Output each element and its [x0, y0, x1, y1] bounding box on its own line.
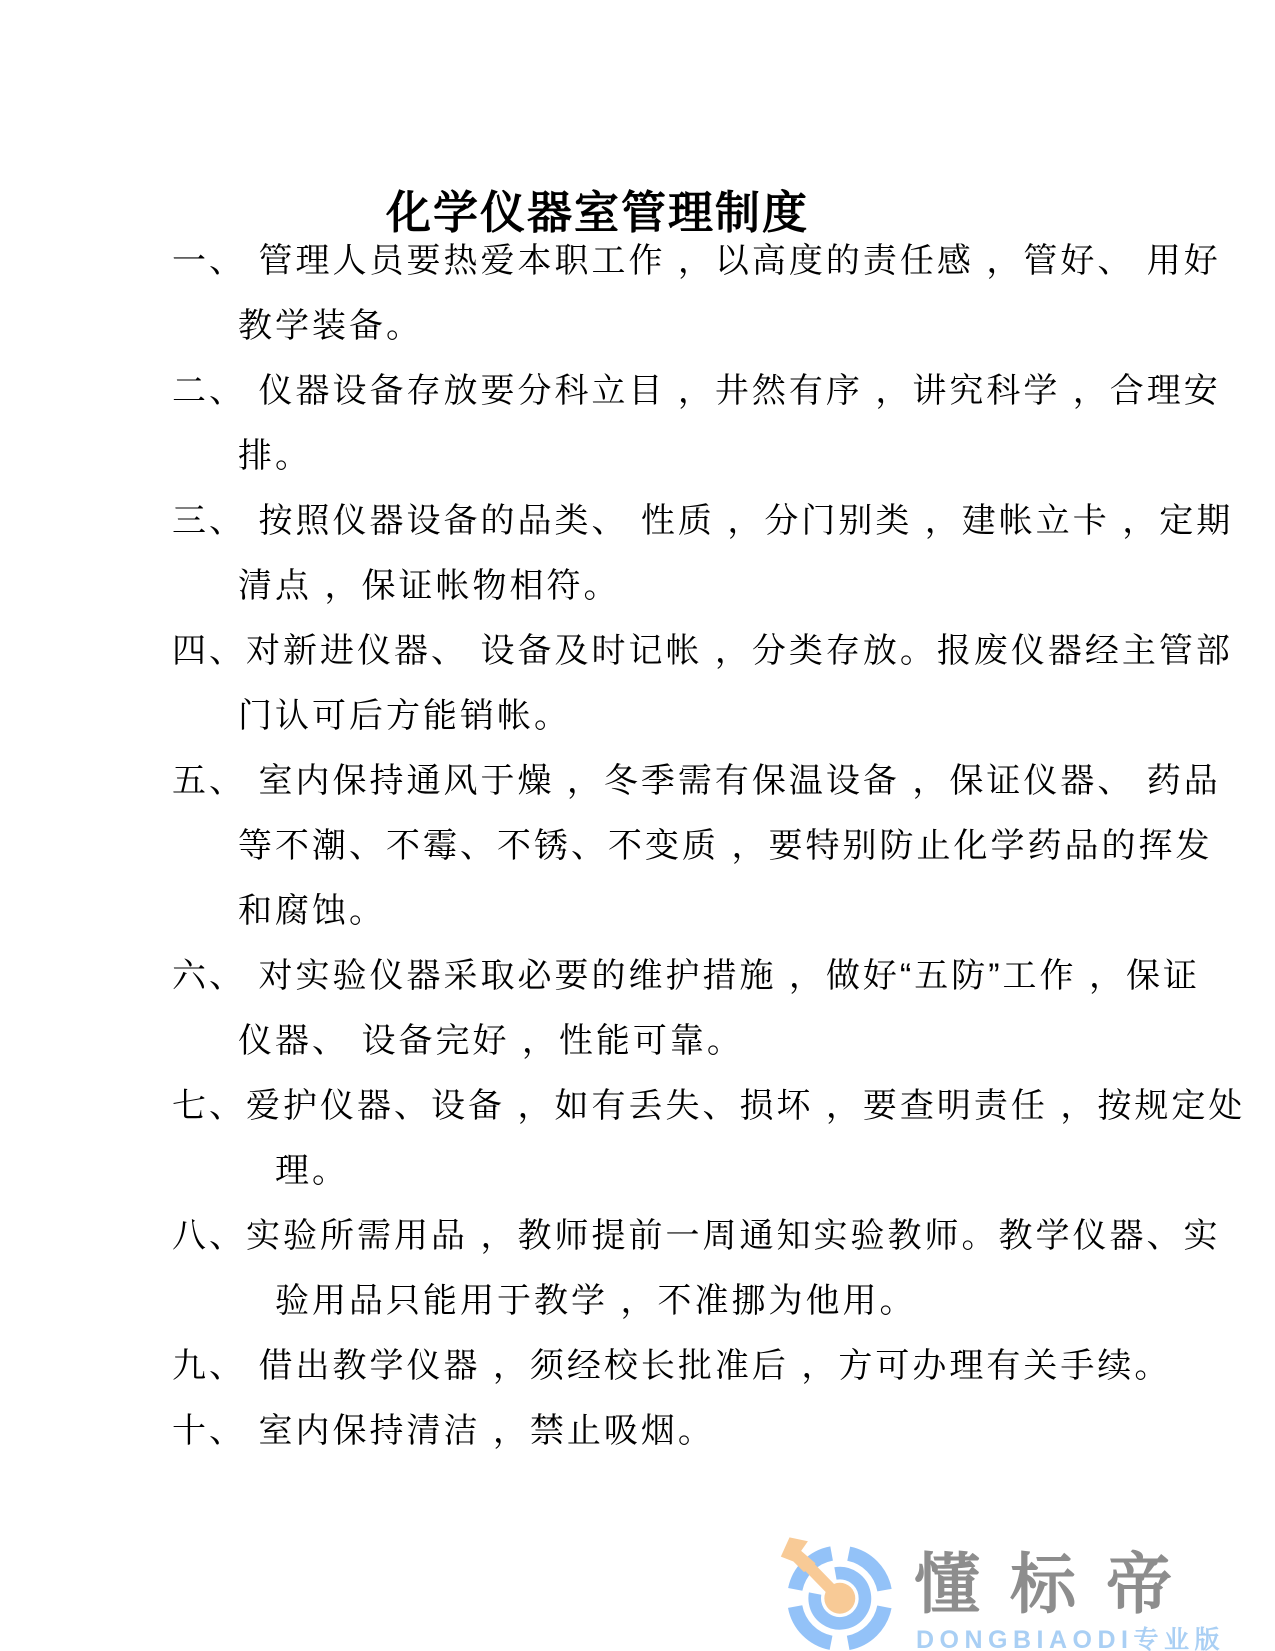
rules-list: 一、 管理人员要热爱本职工作 ，以高度的责任感 ，管好、 用好教学装备。二、 仪… [172, 229, 1132, 1464]
rule-item-3: 三、 按照仪器设备的品类、 性质 ，分门别类 ，建帐立卡 ，定期清点 ，保证帐物… [172, 489, 1132, 619]
rule-line-cont: 排。 [238, 424, 1132, 489]
rule-item-7: 七、爱护仪器、设备 ，如有丢失、损坏 ，要查明责任 ，按规定处 理。 [172, 1074, 1132, 1204]
rule-line-cont: 理。 [238, 1139, 1132, 1204]
rule-line-first: 十、 室内保持清洁 ，禁止吸烟。 [172, 1399, 1132, 1464]
rule-line-first: 八、实验所需用品 ，教师提前一周通知实验教师。教学仪器、实 [172, 1204, 1132, 1269]
rule-line-first: 七、爱护仪器、设备 ，如有丢失、损坏 ，要查明责任 ，按规定处 [172, 1074, 1132, 1139]
rule-line-cont: 和腐蚀。 [238, 879, 1132, 944]
document-page: 化学仪器室管理制度 一、 管理人员要热爱本职工作 ，以高度的责任感 ，管好、 用… [0, 0, 1275, 1651]
rule-line-first: 一、 管理人员要热爱本职工作 ，以高度的责任感 ，管好、 用好 [172, 229, 1132, 294]
rule-item-1: 一、 管理人员要热爱本职工作 ，以高度的责任感 ，管好、 用好教学装备。 [172, 229, 1132, 359]
rule-line-cont: 仪器、 设备完好 ，性能可靠。 [238, 1009, 1132, 1074]
rule-item-4: 四、对新进仪器、 设备及时记帐 ，分类存放。报废仪器经主管部门认可后方能销帐。 [172, 619, 1132, 749]
rule-line-first: 五、 室内保持通风于燥 ，冬季需有保温设备 ，保证仪器、 药品 [172, 749, 1132, 814]
watermark-subtitle-text: DONGBIAODI专业版 [916, 1620, 1225, 1651]
watermark-brand-text: 懂标帝 [914, 1548, 1202, 1620]
rule-item-5: 五、 室内保持通风于燥 ，冬季需有保温设备 ，保证仪器、 药品等不潮、不霉、不锈… [172, 749, 1132, 944]
rule-line-cont: 门认可后方能销帐。 [238, 684, 1132, 749]
rule-item-2: 二、 仪器设备存放要分科立目 ，井然有序 ，讲究科学 ，合理安排。 [172, 359, 1132, 489]
rule-item-8: 八、实验所需用品 ，教师提前一周通知实验教师。教学仪器、实 验用品只能用于教学 … [172, 1204, 1132, 1334]
target-dart-icon [776, 1530, 892, 1651]
rule-line-first: 二、 仪器设备存放要分科立目 ，井然有序 ，讲究科学 ，合理安 [172, 359, 1132, 424]
rule-line-cont: 清点 ，保证帐物相符。 [238, 554, 1132, 619]
watermark-logo: 懂标帝 DONGBIAODI专业版 [748, 1524, 1275, 1651]
rule-line-cont: 验用品只能用于教学 ，不准挪为他用。 [238, 1269, 1132, 1334]
rule-item-6: 六、 对实验仪器采取必要的维护措施 ，做好“五防”工作 ，保证仪器、 设备完好 … [172, 944, 1132, 1074]
rule-line-cont: 等不潮、不霉、不锈、不变质 ，要特别防止化学药品的挥发 [238, 814, 1132, 879]
rule-line-first: 四、对新进仪器、 设备及时记帐 ，分类存放。报废仪器经主管部 [172, 619, 1132, 684]
rule-line-first: 三、 按照仪器设备的品类、 性质 ，分门别类 ，建帐立卡 ，定期 [172, 489, 1132, 554]
rule-line-first: 九、 借出教学仪器 ，须经校长批准后 ，方可办理有关手续。 [172, 1334, 1132, 1399]
rule-line-cont: 教学装备。 [238, 294, 1132, 359]
rule-item-10: 十、 室内保持清洁 ，禁止吸烟。 [172, 1399, 1132, 1464]
rule-item-9: 九、 借出教学仪器 ，须经校长批准后 ，方可办理有关手续。 [172, 1334, 1132, 1399]
rule-line-first: 六、 对实验仪器采取必要的维护措施 ，做好“五防”工作 ，保证 [172, 944, 1132, 1009]
